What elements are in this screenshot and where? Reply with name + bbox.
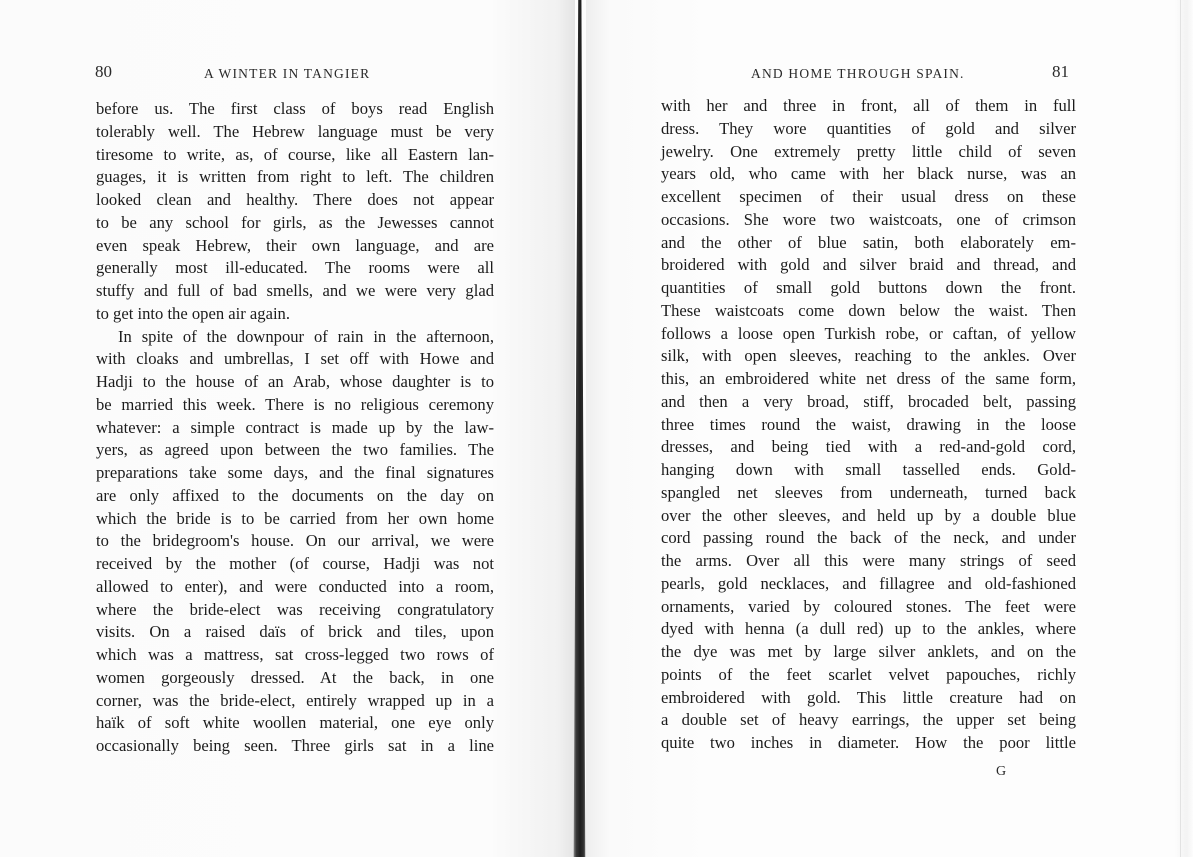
running-head: AND HOME THROUGH SPAIN. [751,66,965,82]
text-line: These waistcoats come down below the wai… [661,300,1076,323]
text-line: over the other sleeves, and held up by a… [661,505,1076,528]
text-line: corner, was the bride-elect, entirely wr… [96,690,494,713]
text-line: broidered with gold and silver braid and… [661,254,1076,277]
page-number: 80 [95,62,112,82]
text-line: preparations take some days, and the fin… [96,462,494,485]
text-line: where the bride-elect was receiving cong… [96,599,494,622]
text-line: Hadji to the house of an Arab, whose dau… [96,371,494,394]
page-number: 81 [1052,62,1069,82]
text-line: stuffy and full of bad smells, and we we… [96,280,494,303]
running-head: A WINTER IN TANGIER [204,66,370,82]
text-line: are only affixed to the documents on the… [96,485,494,508]
page-edge [1180,0,1181,857]
text-line: allowed to enter), and were conducted in… [96,576,494,599]
book-spread: 80 A WINTER IN TANGIER before us. The fi… [0,0,1193,857]
text-line: generally most ill-educated. The rooms w… [96,257,494,280]
text-line: which the bride is to be carried from he… [96,508,494,531]
text-line: three times round the waist, drawing in … [661,414,1076,437]
signature-mark: G [996,764,1006,780]
text-line: hanging down with small tasselled ends. … [661,459,1076,482]
text-line: whatever: a simple contract is made up b… [96,417,494,440]
right-page: AND HOME THROUGH SPAIN. 81 with her and … [586,0,1193,857]
text-line: with her and three in front, all of them… [661,95,1076,118]
text-line: dyed with henna (a dull red) up to the a… [661,618,1076,641]
text-line: quite two inches in diameter. How the po… [661,732,1076,755]
text-line: dress. They wore quantities of gold and … [661,118,1076,141]
text-line: and then a very broad, stiff, brocaded b… [661,391,1076,414]
text-line: guages, it is written from right to left… [96,166,494,189]
text-line: occasionally being seen. Three girls sat… [96,735,494,758]
text-line: dresses, and being tied with a red-and-g… [661,436,1076,459]
text-line: follows a loose open Turkish robe, or ca… [661,323,1076,346]
text-line: spangled net sleeves from underneath, tu… [661,482,1076,505]
body-text: before us. The first class of boys read … [96,98,494,758]
text-line: received by the mother (of course, Hadji… [96,553,494,576]
text-line: occasions. She wore two waistcoats, one … [661,209,1076,232]
text-line: and the other of blue satin, both elabor… [661,232,1076,255]
text-line: to be any school for girls, as the Jewes… [96,212,494,235]
text-line: haïk of soft white woollen material, one… [96,712,494,735]
text-line: jewelry. One extremely pretty little chi… [661,141,1076,164]
text-line: silk, with open sleeves, reaching to the… [661,345,1076,368]
text-line: yers, as agreed upon between the two fam… [96,439,494,462]
text-line: excellent specimen of their usual dress … [661,186,1076,209]
text-line: women gorgeously dressed. At the back, i… [96,667,494,690]
text-line: quantities of small gold buttons down th… [661,277,1076,300]
text-line: points of the feet scarlet velvet papouc… [661,664,1076,687]
text-line: this, an embroidered white net dress of … [661,368,1076,391]
text-line: tiresome to write, as, of course, like a… [96,144,494,167]
text-line: pearls, gold necklaces, and fillagree an… [661,573,1076,596]
text-line: ornaments, varied by coloured stones. Th… [661,596,1076,619]
text-line: tolerably well. The Hebrew language must… [96,121,494,144]
text-line: cord passing round the back of the neck,… [661,527,1076,550]
text-line: the dye was met by large silver anklets,… [661,641,1076,664]
text-line: embroidered with gold. This little creat… [661,687,1076,710]
text-line: to get into the open air again. [96,303,494,326]
text-line: visits. On a raised daïs of brick and ti… [96,621,494,644]
text-line: even speak Hebrew, their own language, a… [96,235,494,258]
left-page: 80 A WINTER IN TANGIER before us. The fi… [0,0,575,857]
body-text: with her and three in front, all of them… [661,95,1076,755]
text-line: to the bridegroom's house. On our arriva… [96,530,494,553]
text-line: a double set of heavy earrings, the uppe… [661,709,1076,732]
text-line: In spite of the downpour of rain in the … [96,326,494,349]
text-line: be married this week. There is no religi… [96,394,494,417]
text-line: the arms. Over all this were many string… [661,550,1076,573]
text-line: looked clean and healthy. There does not… [96,189,494,212]
text-line: before us. The first class of boys read … [96,98,494,121]
text-line: with cloaks and umbrellas, I set off wit… [96,348,494,371]
text-line: years old, who came with her black nurse… [661,163,1076,186]
text-line: which was a mattress, sat cross-legged t… [96,644,494,667]
